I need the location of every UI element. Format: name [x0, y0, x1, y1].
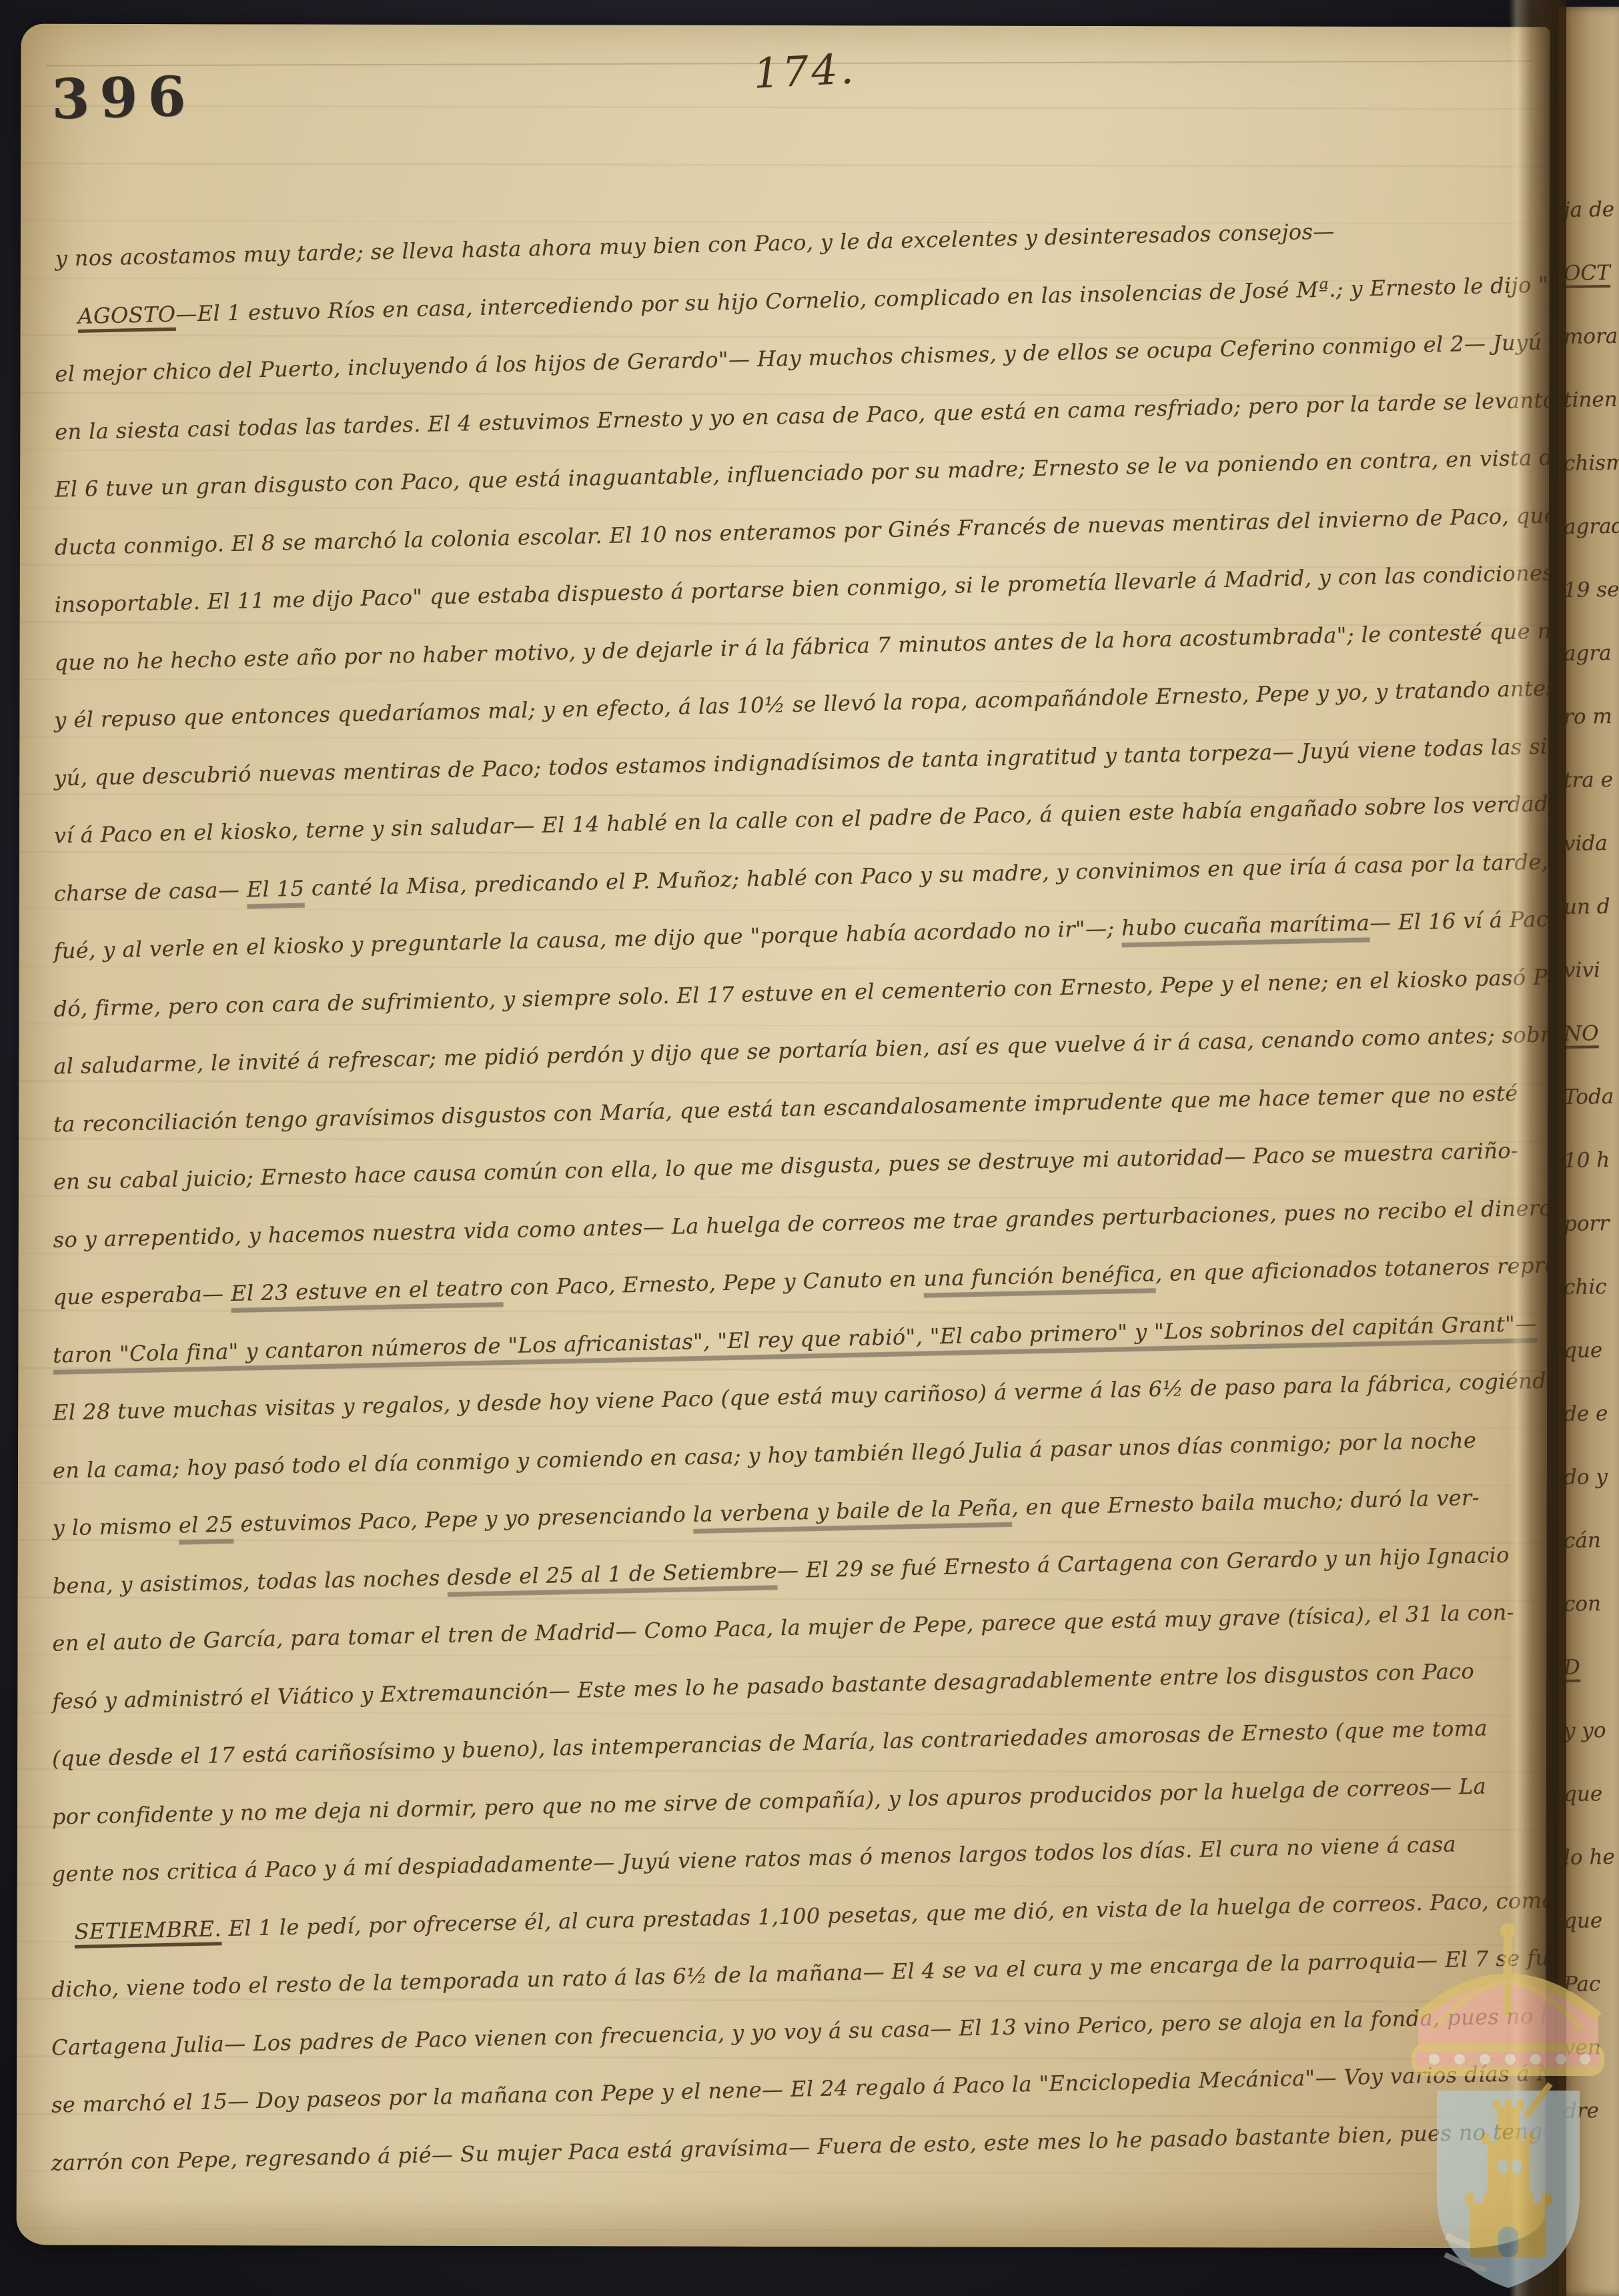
handwritten-text: El 1 le pedí, por ofrecerse él, al cura …: [221, 1886, 1550, 1941]
adjacent-page-line-fragment: agrad: [1564, 513, 1619, 540]
handwritten-text: que esperaba—: [53, 1281, 231, 1310]
manuscript-line: al saludarme, le invité á refrescar; me …: [53, 1019, 1550, 1081]
handwritten-text: yú, que descubrió nuevas mentiras de Pac…: [54, 730, 1550, 790]
manuscript-line: El 28 tuve muchas visitas y regalos, y d…: [53, 1365, 1550, 1427]
adjacent-page-line-fragment: tinen: [1564, 386, 1618, 414]
adjacent-page-line-fragment: que: [1564, 1780, 1603, 1808]
underlined-phrase: hubo cucaña marítima: [1121, 910, 1370, 941]
adjacent-page-line-fragment: con: [1564, 1590, 1602, 1618]
handwritten-text: —El 1 estuvo Ríos en casa, intercediendo…: [175, 269, 1550, 327]
manuscript-line: y él repuso que entonces quedaríamos mal…: [54, 668, 1550, 734]
handwritten-text: con Paco, Ernesto, Pepe y Canuto en: [503, 1266, 924, 1301]
manuscript-line: fué, y al verle en el kiosko y preguntar…: [53, 901, 1550, 965]
adjacent-page-line-fragment: que: [1564, 1907, 1603, 1934]
adjacent-page-line-fragment: chism: [1564, 450, 1619, 477]
handwritten-text: en la cama; hoy pasó todo el día conmigo…: [53, 1427, 1477, 1483]
manuscript-line: charse de casa— El 15 canté la Misa, pre…: [53, 844, 1550, 908]
adjacent-page-line-fragment: vida: [1564, 830, 1608, 857]
handwritten-text: en el auto de García, para tomar el tren…: [52, 1600, 1514, 1656]
adjacent-page-line-fragment: Pac: [1564, 1970, 1601, 1998]
underlined-phrase: la verbena y baile de la Peña: [692, 1495, 1012, 1527]
underlined-phrase: el 25: [178, 1512, 233, 1538]
manuscript-line: gente nos critica á Paco y á mí despiada…: [51, 1830, 1456, 1889]
handwritten-text: El 28 tuve muchas visitas y regalos, y d…: [53, 1367, 1550, 1425]
handwritten-text: canté la Misa, predicando el P. Muñoz; h…: [304, 846, 1550, 901]
adjacent-page-line-fragment: porr: [1564, 1210, 1610, 1237]
manuscript-line: en el auto de García, para tomar el tren…: [52, 1598, 1514, 1658]
manuscript-line: el mejor chico del Puerto, incluyendo á …: [55, 326, 1550, 389]
manuscript-line: en la cama; hoy pasó todo el día conmigo…: [52, 1425, 1476, 1485]
manuscript-line: so y arrepentido, y hacemos nuestra vida…: [53, 1193, 1550, 1254]
handwritten-text: charse de casa—: [53, 877, 247, 906]
adjacent-page-line-fragment: agra: [1564, 640, 1612, 667]
adjacent-page-line-fragment: D: [1564, 1654, 1580, 1681]
underlined-phrase: una función benéfica: [923, 1261, 1156, 1291]
adjacent-page-line-fragment: un d: [1564, 893, 1610, 921]
manuscript-line: y lo mismo el 25 estuvimos Paco, Pepe y …: [52, 1483, 1480, 1543]
handwritten-text: gente nos critica á Paco y á mí despiada…: [51, 1832, 1456, 1887]
manuscript-line: yú, que descubrió nuevas mentiras de Pac…: [54, 728, 1550, 792]
adjacent-page-line-fragment: cán: [1564, 1527, 1601, 1554]
handwritten-text: dicho, viene todo el resto de la tempora…: [51, 1944, 1550, 2002]
handwritten-text: insoportable. El 11 me dijo Paco" que es…: [54, 555, 1550, 618]
handwritten-text: el mejor chico del Puerto, incluyendo á …: [55, 328, 1550, 387]
underlined-phrase: El 15: [246, 875, 304, 902]
adjacent-page-line-fragment: NO: [1564, 1020, 1599, 1047]
underlined-phrase: SETIEMBRE.: [74, 1916, 221, 1944]
handwritten-text: y nos acostamos muy tarde; se lleva hast…: [55, 219, 1335, 271]
manuscript-line: ducta conmigo. El 8 se marchó la colonia…: [54, 499, 1550, 562]
manuscript-line: ví á Paco en el kiosko, terne y sin salu…: [53, 784, 1550, 850]
manuscript-line: que esperaba— El 23 estuve en el teatro …: [53, 1249, 1550, 1312]
handwritten-text: so y arrepentido, y hacemos nuestra vida…: [53, 1195, 1550, 1252]
manuscript-line: que no he hecho este año por no haber mo…: [54, 610, 1550, 677]
adjacent-page-line-fragment: Toda: [1564, 1083, 1614, 1111]
manuscript-line: y nos acostamos muy tarde; se lleva hast…: [55, 217, 1335, 273]
manuscript-line: zarrón con Pepe, regresando á pié— Su mu…: [51, 2115, 1550, 2177]
adjacent-page-line-fragment: ro m: [1564, 703, 1612, 730]
adjacent-page-line-fragment: tra e: [1564, 766, 1614, 794]
handwritten-text: y él repuso que entonces quedaríamos mal…: [54, 670, 1550, 732]
adjacent-page-line-fragment: 10 h: [1564, 1147, 1610, 1174]
handwritten-text: El 6 tuve un gran disgusto con Paco, que…: [55, 442, 1550, 502]
handwritten-text: que no he hecho este año por no haber mo…: [54, 612, 1550, 675]
manuscript-page: 396 174. y nos acostamos muy tarde; se l…: [17, 24, 1550, 2249]
manuscript-line: (que desde el 17 está cariñosísimo y bue…: [52, 1714, 1488, 1774]
adjacent-page-line-fragment: mora: [1564, 323, 1618, 350]
adjacent-page-line-fragment: ja de Pa: [1564, 195, 1619, 223]
handwritten-text: Cartagena Julia— Los padres de Paco vien…: [51, 2000, 1550, 2060]
handwritten-text: , en que Ernesto baila mucho; duró la ve…: [1011, 1485, 1480, 1520]
adjacent-page-line-fragment: lo he: [1564, 1844, 1615, 1871]
underlined-phrase: taron "Cola fina" y cantaron números de …: [53, 1310, 1537, 1367]
handwritten-text: (que desde el 17 está cariñosísimo y bue…: [52, 1716, 1488, 1772]
handwritten-text: fesó y administró el Viático y Extremaun…: [52, 1658, 1475, 1714]
underlined-phrase: desde el 25 al 1 de Setiembre: [447, 1558, 778, 1590]
handwritten-text: , en que aficionados totaneros represen-: [1155, 1251, 1550, 1286]
handwritten-text: en su cabal juicio; Ernesto hace causa c…: [53, 1138, 1518, 1195]
handwritten-text: al saludarme, le invité á refrescar; me …: [53, 1021, 1550, 1079]
underlined-phrase: AGOSTO: [77, 301, 176, 328]
handwritten-text: se marchó el 15— Doy paseos por la mañan…: [51, 2060, 1550, 2118]
manuscript-line: en la siesta casi todas las tardes. El 4…: [55, 381, 1550, 446]
manuscript-line: fesó y administró el Viático y Extremaun…: [52, 1656, 1475, 1716]
adjacent-page-line-fragment: vivi: [1564, 957, 1600, 984]
adjacent-page-line-fragment: do y: [1564, 1464, 1608, 1491]
manuscript-lines: y nos acostamos muy tarde; se lleva hast…: [51, 24, 1550, 2249]
adjacent-page-strip: ja de PaOCTmoratinenchismagrad19 seagrar…: [1558, 7, 1619, 2296]
handwritten-text: y lo mismo: [52, 1513, 179, 1541]
handwritten-text: estuvimos Paco, Pepe y yo presenciando: [233, 1502, 693, 1537]
adjacent-page-line-fragment: que: [1564, 1337, 1603, 1364]
handwritten-text: fué, y al verle en el kiosko y preguntar…: [53, 915, 1121, 963]
adjacent-page-line-fragment: OCT: [1564, 259, 1610, 287]
underlined-phrase: El 23 estuve en el teatro: [231, 1275, 504, 1306]
handwritten-text: en la siesta casi todas las tardes. El 4…: [55, 383, 1550, 444]
handwritten-text: — El 29 se fué Ernesto á Cartagena con G…: [777, 1542, 1510, 1583]
adjacent-page-line-fragment: chic: [1564, 1273, 1607, 1301]
adjacent-page-line-fragment: de e: [1564, 1400, 1608, 1427]
handwritten-text: por confidente y no me deja ni dormir, p…: [51, 1773, 1486, 1829]
manuscript-line: insoportable. El 11 me dijo Paco" que es…: [54, 553, 1550, 620]
manuscript-line: Cartagena Julia— Los padres de Paco vien…: [51, 1998, 1550, 2062]
manuscript-line: en su cabal juicio; Ernesto hace causa c…: [53, 1136, 1518, 1197]
handwritten-text: ví á Paco en el kiosko, terne y sin salu…: [54, 786, 1550, 848]
handwritten-text: ta reconciliación tengo gravísimos disgu…: [53, 1080, 1518, 1137]
manuscript-line: ta reconciliación tengo gravísimos disgu…: [53, 1078, 1518, 1139]
handwritten-text: ducta conmigo. El 8 se marchó la colonia…: [54, 501, 1550, 560]
manuscript-line: por confidente y no me deja ni dormir, p…: [51, 1771, 1486, 1831]
manuscript-line: AGOSTO—El 1 estuvo Ríos en casa, interce…: [55, 267, 1550, 332]
handwritten-text: bena, y asistimos, todas las noches: [52, 1565, 448, 1599]
manuscript-line: SETIEMBRE. El 1 le pedí, por ofrecerse é…: [51, 1884, 1550, 1946]
handwritten-text: zarrón con Pepe, regresando á pié— Su mu…: [51, 2117, 1550, 2175]
handwritten-text: dó, firme, pero con cara de sufrimiento,…: [53, 963, 1550, 1021]
handwritten-text: — El 16 ví á Paco, que salu-: [1370, 903, 1550, 935]
manuscript-line: dicho, viene todo el resto de la tempora…: [51, 1942, 1550, 2004]
manuscript-line: taron "Cola fina" y cantaron números de …: [53, 1308, 1537, 1369]
manuscript-line: bena, y asistimos, todas las noches desd…: [52, 1540, 1510, 1600]
adjacent-page-line-fragment: 19 se: [1564, 576, 1619, 604]
adjacent-page-line-fragment: ven: [1564, 2034, 1601, 2061]
adjacent-page-line-fragment: dre: [1564, 2097, 1600, 2125]
manuscript-line: El 6 tuve un gran disgusto con Paco, que…: [55, 440, 1550, 504]
adjacent-page-line-fragment: y yo: [1564, 1717, 1606, 1744]
manuscript-line: dó, firme, pero con cara de sufrimiento,…: [53, 961, 1550, 1023]
manuscript-line: se marchó el 15— Doy paseos por la mañan…: [51, 2058, 1550, 2120]
